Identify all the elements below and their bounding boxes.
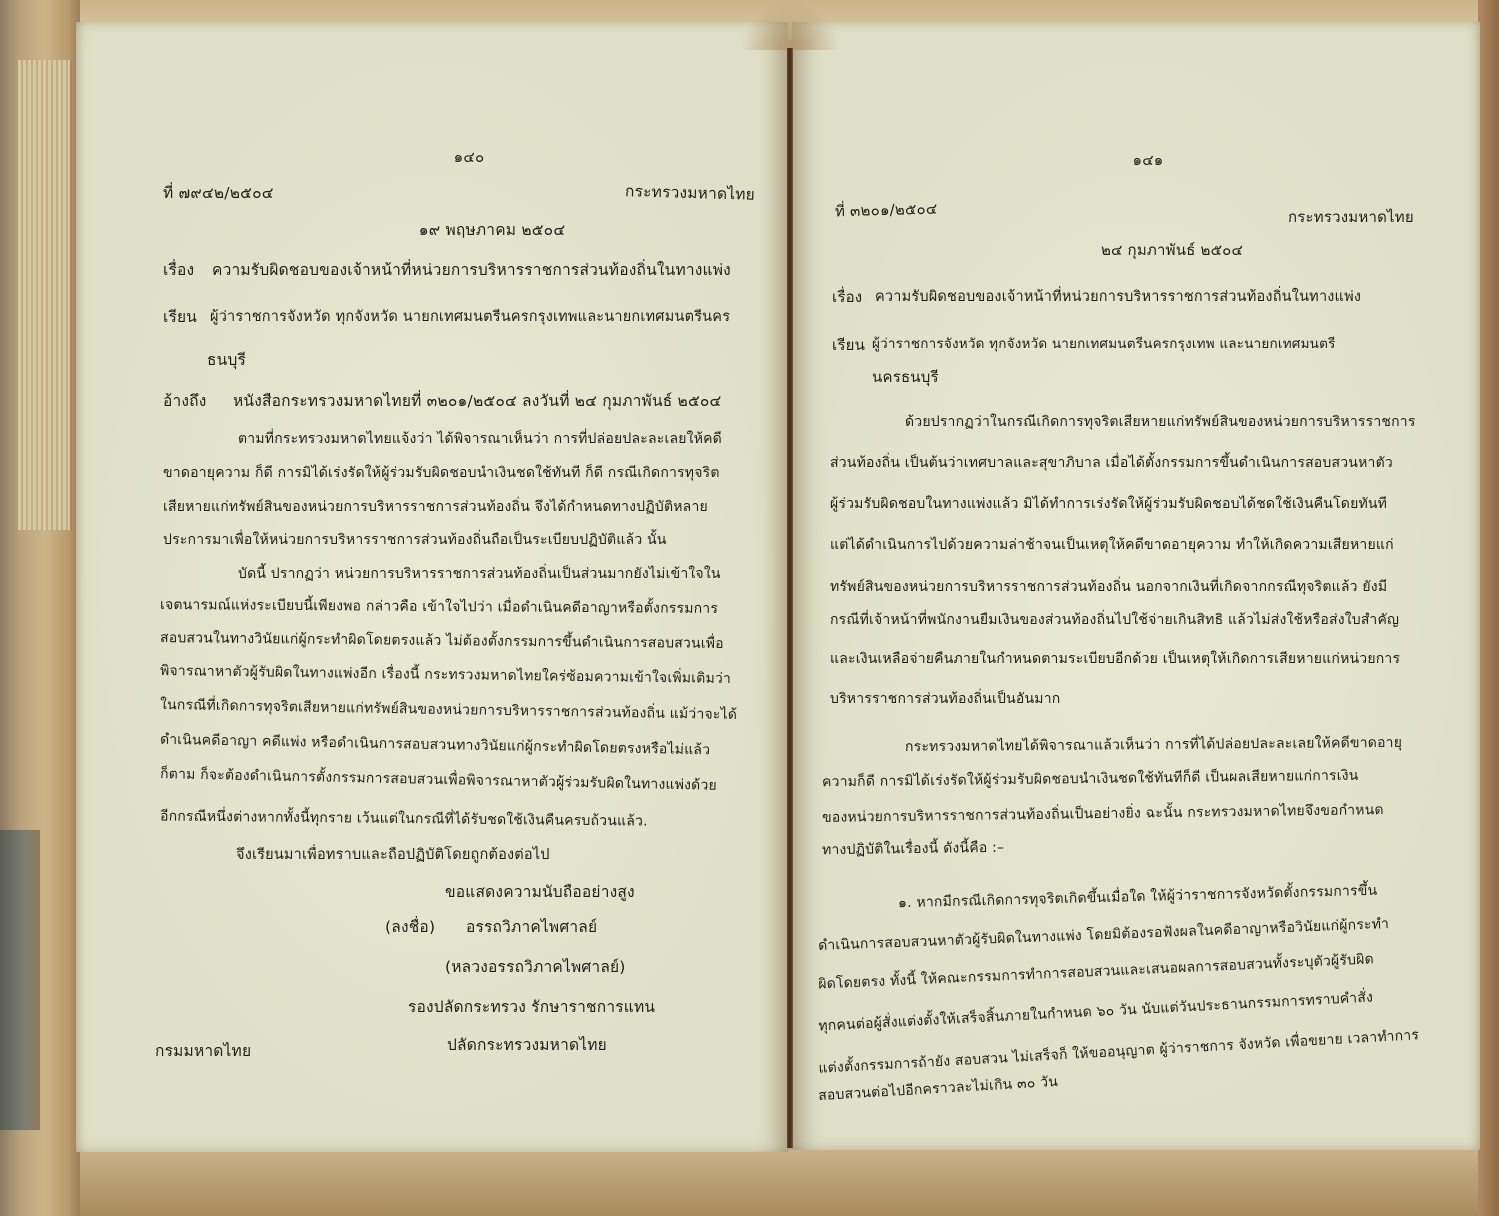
body-line: กรณีที่เจ้าหน้าที่พนักงานยืมเงินของส่วนท… bbox=[830, 613, 1399, 627]
closing-salutation: ขอแสดงความนับถืออย่างสูง bbox=[445, 885, 635, 901]
body-line: แต่ได้ดำเนินการไปด้วยความล่าช้าจนเป็นเหต… bbox=[830, 538, 1394, 552]
ministry-header: กระทรวงมหาดไทย bbox=[625, 184, 755, 203]
page-stack bbox=[18, 60, 72, 530]
subject-label: เรื่อง bbox=[163, 263, 194, 279]
book-page-edges-right bbox=[1478, 0, 1499, 1216]
body-line: กระทรวงมหาดไทยได้พิจารณาแล้วเห็นว่า การท… bbox=[905, 736, 1402, 754]
body-line: เจตนารมณ์แห่งระเบียบนี้เพียงพอ กล่าวคือ … bbox=[160, 598, 718, 616]
body-line: จึงเรียนมาเพื่อทราบและถือปฏิบัติโดยถูกต้… bbox=[236, 848, 550, 863]
signatory-name: อรรถวิภาคไพศาลย์ bbox=[466, 920, 597, 936]
addressee-line-2: นครธนบุรี bbox=[872, 370, 939, 385]
body-line: ส่วนท้องถิ่น เป็นต้นว่าเทศบาลและสุขาภิบา… bbox=[830, 456, 1393, 470]
reference-text: หนังสือกระทรวงมหาดไทยที่ ๓๒๐๑/๒๕๐๔ ลงวัน… bbox=[233, 394, 722, 410]
book-page-edges-left bbox=[0, 0, 80, 1216]
addressee-label: เรียน bbox=[163, 310, 197, 326]
signed-label: (ลงชื่อ) bbox=[385, 920, 435, 936]
body-line: ผู้ร่วมรับผิดชอบในทางแพ่งแล้ว มิได้ทำการ… bbox=[830, 497, 1387, 511]
gutter-shadow bbox=[740, 0, 840, 50]
letter-date: ๒๔ กุมภาพันธ์ ๒๕๐๔ bbox=[1101, 243, 1243, 258]
reference-number: ที่ ๗๙๔๒/๒๕๐๔ bbox=[163, 186, 274, 202]
addressee-label: เรียน bbox=[832, 338, 865, 353]
ministry-header: กระทรวงมหาดไทย bbox=[1288, 210, 1414, 225]
body-line: และเงินเหลือจ่ายคืนภายในกำหนดตามระเบียบอ… bbox=[830, 652, 1400, 666]
shadow bbox=[0, 830, 40, 1130]
body-line: ขาดอายุความ ก็ดี การมิได้เร่งรัดให้ผู้ร่… bbox=[163, 466, 720, 480]
addressee-line-1: ผู้ว่าราชการจังหวัด ทุกจังหวัด นายกเทศมน… bbox=[872, 338, 1336, 352]
background-bottom bbox=[0, 1150, 1499, 1216]
subject-text: ความรับผิดชอบของเจ้าหน้าที่หน่วยการบริหา… bbox=[875, 290, 1361, 305]
signatory-full-name: (หลวงอรรถวิภาคไพศาลย์) bbox=[445, 960, 626, 976]
body-line: ทางปฏิบัติในเรื่องนี้ ดังนี้คือ :– bbox=[822, 841, 1004, 858]
body-line: บริหารราชการส่วนท้องถิ่นเป็นอันมาก bbox=[830, 692, 1060, 706]
body-line: บัดนี้ ปรากฏว่า หน่วยการบริหารราชการส่วน… bbox=[238, 567, 721, 581]
page-number: ๑๔๑ bbox=[1133, 153, 1164, 168]
body-line: ทรัพย์สินของหน่วยการบริหารราชการส่วนท้อง… bbox=[830, 580, 1387, 594]
letter-date: ๑๙ พฤษภาคม ๒๕๐๔ bbox=[419, 223, 566, 239]
body-line: ด้วยปรากฏว่าในกรณีเกิดการทุจริตเสียหายแก… bbox=[905, 415, 1416, 429]
reference-number: ที่ ๓๒๐๑/๒๕๐๔ bbox=[835, 202, 938, 220]
page-number: ๑๔๐ bbox=[454, 150, 485, 165]
book-gutter bbox=[787, 48, 793, 1148]
body-line: เสียหายแก่ทรัพย์สินของหน่วยการบริหารราชก… bbox=[163, 500, 708, 514]
reference-label: อ้างถึง bbox=[163, 394, 207, 410]
subject-text: ความรับผิดชอบของเจ้าหน้าที่หน่วยการบริหา… bbox=[212, 263, 731, 279]
signatory-position: รองปลัดกระทรวง รักษาราชการแทน bbox=[408, 1000, 655, 1016]
addressee-line-2: ธนบุรี bbox=[207, 353, 246, 369]
body-line: ประการมาเพื่อให้หน่วยการบริหารราชการส่วน… bbox=[163, 533, 667, 547]
department-footer: กรมมหาดไทย bbox=[155, 1044, 251, 1060]
addressee-line-1: ผู้ว่าราชการจังหวัด ทุกจังหวัด นายกเทศมน… bbox=[210, 310, 730, 325]
subject-label: เรื่อง bbox=[832, 290, 862, 305]
body-line: ตามที่กระทรวงมหาดไทยแจ้งว่า ได้พิจารณาเห… bbox=[238, 432, 722, 446]
signatory-position-2: ปลัดกระทรวงมหาดไทย bbox=[447, 1038, 607, 1054]
